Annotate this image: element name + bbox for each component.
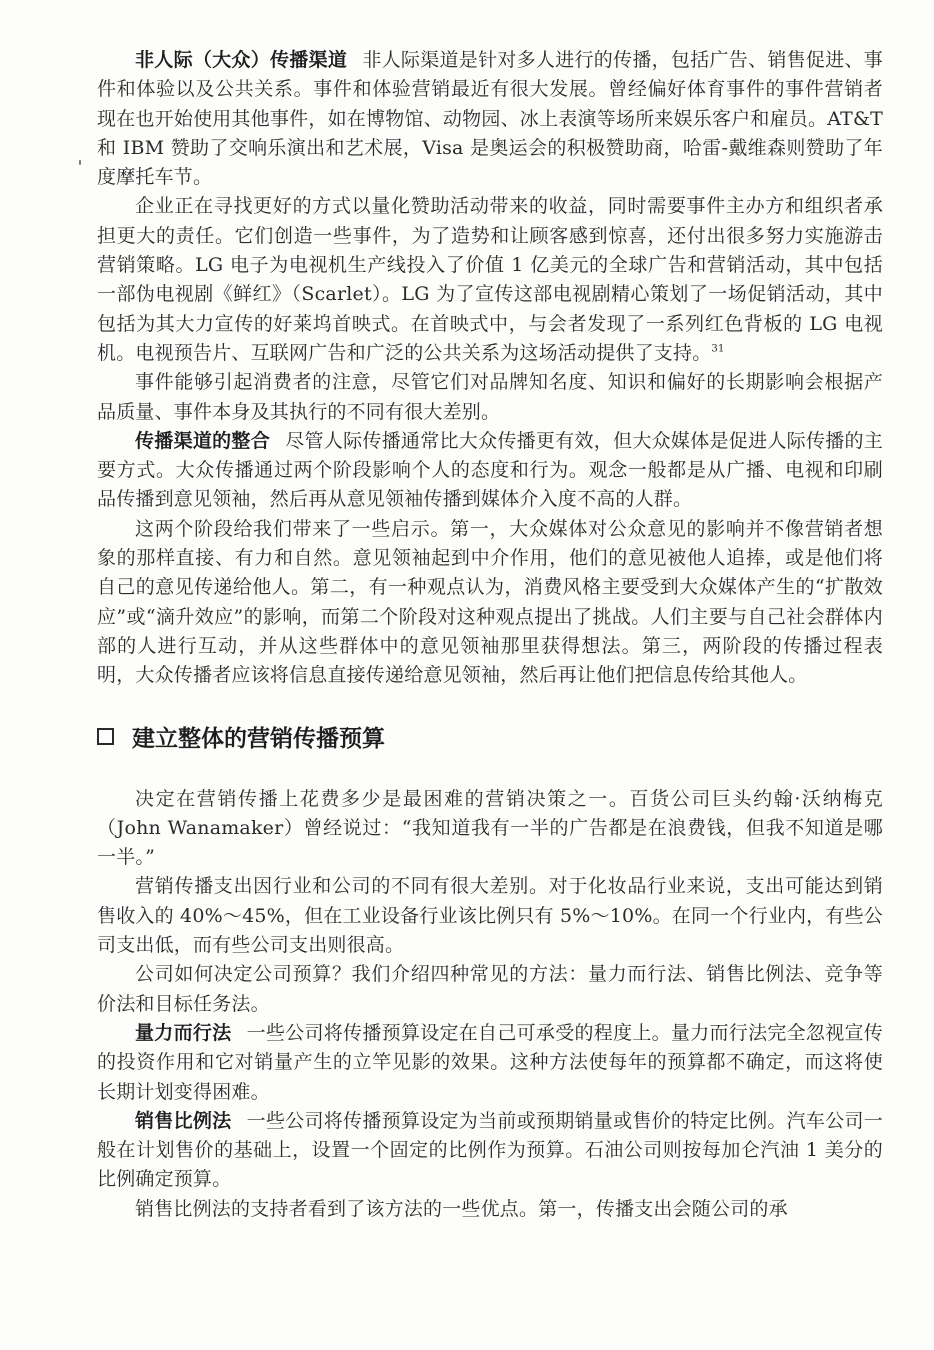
paragraph-sponsorship-measurement: 企业正在寻找更好的方式以量化赞助活动带来的收益，同时需要事件主办方和组织者承担更…: [97, 192, 883, 368]
section-heading: 建立整体的营销传播预算: [97, 719, 883, 755]
paragraph-percentage-of-sales: 销售比例法一些公司将传播预算设定为当前或预期销量或售价的特定比例。汽车公司一般在…: [97, 1107, 883, 1195]
paragraph-event-attention: 事件能够引起消费者的注意，尽管它们对品牌知名度、知识和偏好的长期影响会根据产品质…: [97, 368, 883, 427]
square-box-icon: [97, 728, 114, 745]
paragraph-lead-term: 量力而行法: [135, 1022, 231, 1044]
paragraph-text: 这两个阶段给我们带来了一些启示。第一，大众媒体对公众意见的影响并不像营销者想象的…: [97, 518, 883, 686]
paragraph-affordable-method: 量力而行法一些公司将传播预算设定在自己可承受的程度上。量力而行法完全忽视宣传的投…: [97, 1019, 883, 1107]
paragraph-percentage-advantages: 销售比例法的支持者看到了该方法的一些优点。第一，传播支出会随公司的承: [97, 1195, 883, 1224]
paragraph-text: 销售比例法的支持者看到了该方法的一些优点。第一，传播支出会随公司的承: [135, 1198, 788, 1220]
paragraph-two-step-implications: 这两个阶段给我们带来了一些启示。第一，大众媒体对公众意见的影响并不像营销者想象的…: [97, 515, 883, 691]
paragraph-text: 企业正在寻找更好的方式以量化赞助活动带来的收益，同时需要事件主办方和组织者承担更…: [97, 195, 883, 363]
paragraph-lead-term: 非人际（大众）传播渠道: [135, 49, 347, 71]
paragraph-lead-term: 传播渠道的整合: [135, 430, 270, 452]
book-page: 非人际（大众）传播渠道非人际渠道是针对多人进行的传播，包括广告、销售促进、事件和…: [97, 46, 883, 1224]
section-heading-title: 建立整体的营销传播预算: [132, 720, 385, 753]
paragraph-nonpersonal-channels: 非人际（大众）传播渠道非人际渠道是针对多人进行的传播，包括广告、销售促进、事件和…: [97, 46, 883, 192]
paragraph-channel-integration: 传播渠道的整合尽管人际传播通常比大众传播更有效，但大众媒体是促进人际传播的主要方…: [97, 427, 883, 515]
paragraph-lead-term: 销售比例法: [135, 1110, 231, 1132]
paragraph-text: 事件能够引起消费者的注意，尽管它们对品牌知名度、知识和偏好的长期影响会根据产品质…: [97, 371, 883, 422]
paragraph-budget-difficulty: 决定在营销传播上花费多少是最困难的营销决策之一。百货公司巨头约翰·沃纳梅克（Jo…: [97, 785, 883, 873]
paragraph-text: 公司如何决定公司预算？我们介绍四种常见的方法：量力而行法、销售比例法、竞争等价法…: [97, 963, 883, 1014]
paragraph-text: 决定在营销传播上花费多少是最困难的营销决策之一。百货公司巨头约翰·沃纳梅克（Jo…: [97, 788, 883, 869]
paragraph-text: 营销传播支出因行业和公司的不同有很大差别。对于化妆品行业来说，支出可能达到销售收…: [97, 875, 883, 956]
paragraph-four-methods: 公司如何决定公司预算？我们介绍四种常见的方法：量力而行法、销售比例法、竞争等价法…: [97, 960, 883, 1019]
paragraph-industry-spending: 营销传播支出因行业和公司的不同有很大差别。对于化妆品行业来说，支出可能达到销售收…: [97, 872, 883, 960]
scan-speck: [79, 160, 81, 165]
footnote-marker[interactable]: 31: [711, 344, 724, 355]
